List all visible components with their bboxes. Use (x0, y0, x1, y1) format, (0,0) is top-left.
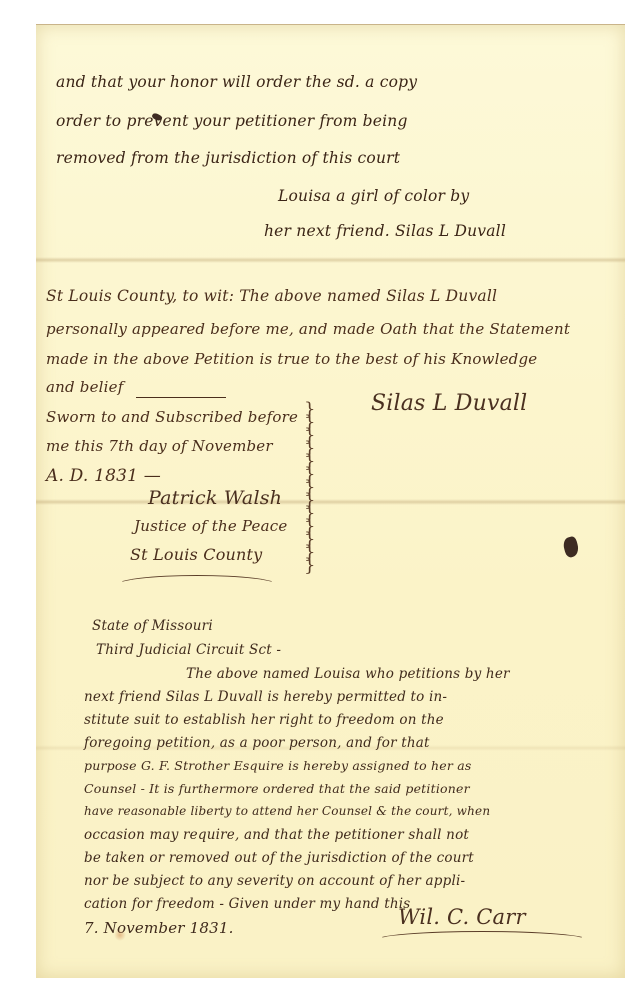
ink-blot (562, 536, 581, 559)
affidavit-line: St Louis County, to wit: The above named… (46, 287, 497, 305)
jurat-line: me this 7th day of November (46, 437, 273, 455)
next-friend-signature-line: her next friend. Silas L Duvall (264, 222, 506, 240)
justice-title: Justice of the Peace (134, 517, 287, 535)
order-line: have reasonable liberty to attend her Co… (84, 804, 490, 818)
document-page: and that your honor will order the sd. a… (36, 24, 625, 978)
order-line: nor be subject to any severity on accoun… (84, 873, 465, 889)
affidavit-line: personally appeared before me, and made … (46, 320, 570, 338)
order-heading: State of Missouri (92, 618, 213, 634)
justice-county: St Louis County (130, 545, 262, 564)
jurat-line: Sworn to and Subscribed before (46, 408, 298, 426)
order-line: occasion may require, and that the petit… (84, 827, 469, 843)
seal-brace: } } } } } } } } } } } } } (304, 403, 315, 572)
jurat-line: A. D. 1831 — (46, 466, 161, 486)
justice-signature: Patrick Walsh (148, 487, 282, 509)
order-line: cation for freedom - Given under my hand… (84, 896, 410, 912)
petitioner-signature-line: Louisa a girl of color by (278, 187, 469, 205)
petition-line: order to prevent your petitioner from be… (56, 112, 408, 130)
order-line: stitute suit to establish her right to f… (84, 712, 444, 728)
order-line: Counsel - It is furthermore ordered that… (84, 781, 470, 796)
order-date: 7. November 1831. (84, 919, 234, 937)
order-heading: Third Judicial Circuit Sct - (96, 642, 281, 658)
signature-flourish (116, 575, 278, 595)
petition-line: and that your honor will order the sd. a… (56, 73, 417, 91)
paper-stain (114, 929, 126, 941)
judge-signature: Wil. C. Carr (398, 905, 526, 929)
order-line: be taken or removed out of the jurisdict… (84, 850, 474, 866)
underline-flourish (136, 397, 226, 398)
order-line: foregoing petition, as a poor person, an… (84, 735, 430, 751)
fold-line (36, 257, 625, 263)
affiant-signature: Silas L Duvall (371, 391, 527, 416)
order-line: next friend Silas L Duvall is hereby per… (84, 689, 447, 705)
order-line: The above named Louisa who petitions by … (186, 666, 510, 682)
fold-line (36, 499, 625, 505)
signature-flourish (376, 931, 588, 949)
affidavit-line: made in the above Petition is true to th… (46, 350, 537, 368)
petition-line: removed from the jurisdiction of this co… (56, 149, 400, 167)
affidavit-line: and belief (46, 378, 123, 396)
order-line: purpose G. F. Strother Esquire is hereby… (84, 758, 471, 773)
